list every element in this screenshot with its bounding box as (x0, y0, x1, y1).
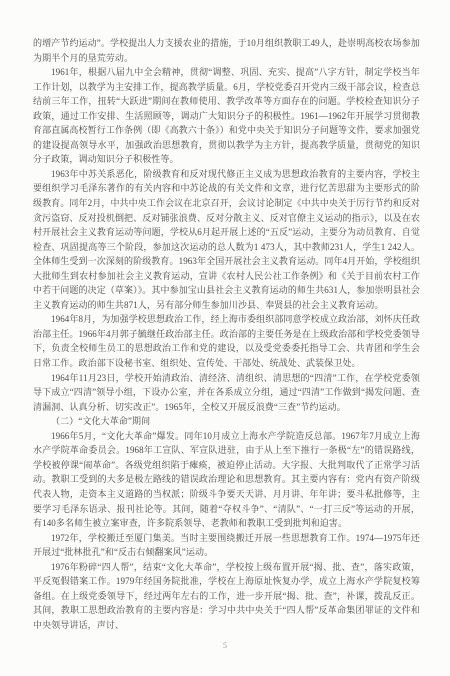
body-paragraph: 1963年中苏关系恶化，阶级教育和反对现代修正主义成为思想政治教育的主要内容，学… (33, 167, 420, 312)
document-page: 的增产节约运动”。学校提出人力支援农业的措施，于10月组织教职工49人，赴崇明高… (0, 0, 450, 676)
body-paragraph: 的增产节约运动”。学校提出人力支援农业的措施，于10月组织教职工49人，赴崇明高… (33, 36, 420, 65)
page-body-text: 的增产节约运动”。学校提出人力支援农业的措施，于10月组织教职工49人，赴崇明高… (33, 36, 420, 632)
body-paragraph: 1972年，学校搬迁至厦门集美。当时主要围绕搬迁开展一些思想教育工作。1974—… (33, 531, 420, 560)
section-heading: （二）“文化大革命”期间 (33, 414, 420, 429)
body-paragraph: 1964年11月23日，学校开始清政治、清经济、清组织、清思想的“四清”工作，在… (33, 371, 420, 415)
body-paragraph: 1961年，根据八届九中全会精神，贯彻“调整、巩固、充实、提高”八字方针，制定学… (33, 65, 420, 167)
page-number: 5 (0, 641, 450, 650)
body-paragraph: 1966年5月，“文化大革命”爆发。同年10月成立上海水产学院造反总部。1967… (33, 429, 420, 531)
body-paragraph: 1964年8月，为加强学校思想政治工作，经上海市委组织部同意学校成立政治部，刘怀… (33, 312, 420, 370)
body-paragraph: 1976年粉碎“四人帮”，结束“文化大革命”，学校按上级布置开展“揭、批、查”，… (33, 560, 420, 633)
